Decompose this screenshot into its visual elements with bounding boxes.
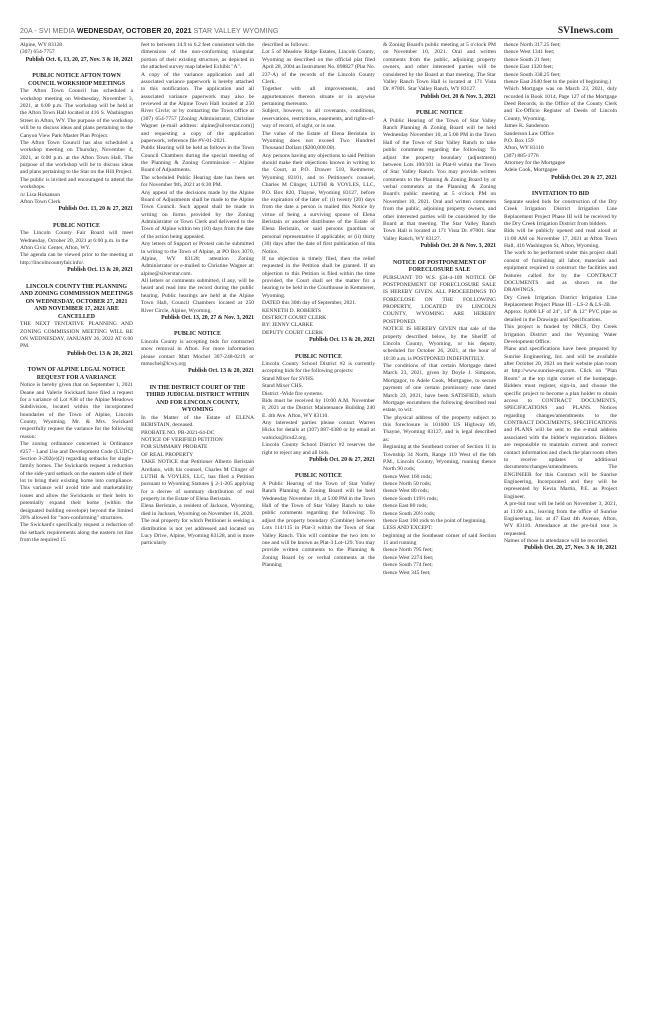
notice-line: James K. Sanderson <box>504 123 617 130</box>
notice-heading: NOTICE OF POSTPONEMENT OF FORECLOSURE SA… <box>383 260 496 275</box>
notice-heading: PUBLIC NOTICE <box>262 473 375 481</box>
notice-line: thence West 80 rods; <box>383 488 496 495</box>
site-name: SVInews.com <box>558 26 613 36</box>
notice-line: Stand Mixer CHS. <box>262 383 375 390</box>
notice-line: DISTRICT COURT CLERK <box>262 315 375 322</box>
notice-line: PROBATE NO. PR-2021-64-DC <box>141 430 254 437</box>
notice-line: thence West 345 feet; <box>383 570 496 577</box>
notice-line: Attorney for the Mortgagee <box>504 160 617 167</box>
notice-line: thence North 50 rods; <box>383 481 496 488</box>
notice-paragraph: Approx. 8,800 LF of 24", 14" & 12" PVC p… <box>504 309 617 324</box>
notice-paragraph: The scheduled Public Hearing date has be… <box>141 175 254 190</box>
notice-line: thence East 80 rods; <box>383 503 496 510</box>
notice-paragraph: A pre-bid tour will be held on November … <box>504 501 617 538</box>
notice-paragraph: The work to be performed under this proj… <box>504 250 617 294</box>
column-2: feet to between 14.9 to 6.2 feet consist… <box>141 42 254 1022</box>
notice-line: LESS AND EXCEPT: <box>383 525 496 532</box>
notice-line: Afton, WY 83110 <box>504 145 617 152</box>
notice-paragraph: feet to between 14.9 to 6.2 feet consist… <box>141 42 254 72</box>
publish-dates: Publish Oct. 13, 20 & 27, 2021 <box>20 206 133 214</box>
notice-paragraph: Lot 5 of Meadow Ridge Estates, Lincoln C… <box>262 49 375 86</box>
notice-paragraph: Separate sealed bids for construction of… <box>504 199 617 229</box>
notice-line: OF REAL PROPERTY <box>141 452 254 459</box>
notice-heading: PUBLIC NOTICE <box>20 223 133 231</box>
column-3: described as follows:Lot 5 of Meadow Rid… <box>262 42 375 1022</box>
notice-line: thence South 338.25 feet; <box>504 72 617 79</box>
publish-dates: Publish Oct. 13 & 20, 2021 <box>262 337 375 345</box>
notice-line: BY: JENNY CLARKE <box>262 322 375 329</box>
notice-paragraph: A Public Hearing of the Town of Star Val… <box>383 118 496 243</box>
notice-paragraph: The public is invited and encouraged to … <box>20 177 133 192</box>
publish-dates: Publish Oct. 13 & 20, 2021 <box>20 267 133 275</box>
notice-line: thence South 20½ rods; <box>383 511 496 518</box>
notice-paragraph: Lincoln County School District #2 reserv… <box>262 442 375 457</box>
notice-paragraph: PURSUANT TO W.S. §34-4-109 NOTICE OF POS… <box>383 275 496 327</box>
notice-line: DEPUTY COURT CLERK <box>262 330 375 337</box>
publish-dates: Publish Oct. 13 & 20, 2021 <box>141 368 254 376</box>
notice-line: thence South 119½ rods; <box>383 496 496 503</box>
notice-paragraph: Names of those in attendance will be rec… <box>504 538 617 545</box>
notice-paragraph: The conditions of that certain Mortgage … <box>383 363 496 415</box>
notice-heading: PUBLIC NOTICE AFTON TOWN COUNCIL WORKSHO… <box>20 73 133 88</box>
notice-line: thence North 795 feet; <box>383 547 496 554</box>
notice-paragraph: This project is funded by NRCS, Dry Cree… <box>504 324 617 346</box>
notice-paragraph: In the Matter of the Estate of ELENA BER… <box>141 415 254 430</box>
publish-dates: Publish Oct. 20 & Nov. 3, 2021 <box>383 94 496 102</box>
notice-paragraph: Any persons having any objections to sai… <box>262 153 375 256</box>
notice-paragraph: All letters or comments submitted, if an… <box>141 278 254 315</box>
notice-paragraph: The Swickard's specifically request a re… <box>20 522 133 544</box>
notice-paragraph: If no objection is timely filed, then th… <box>262 256 375 300</box>
publish-dates: Publish Oct. 20 & Nov. 3, 2021 <box>383 243 496 251</box>
publish-dates: Publish Oct. 20, 27, Nov. 3 & 10, 2021 <box>504 545 617 553</box>
notice-paragraph: Public Hearing will be held as follows i… <box>141 145 254 175</box>
column-4: & Zoning Board's public meeting at 5 o'c… <box>383 42 496 1022</box>
notice-heading: PUBLIC NOTICE <box>141 331 254 339</box>
notice-paragraph: Lincoln County is accepting bids for con… <box>141 339 254 369</box>
notice-line: Sanderson Law Office <box>504 131 617 138</box>
notice-paragraph: Which Mortgage was on March 23, 2021, du… <box>504 86 617 123</box>
notice-paragraph: Afton Civic Center, Afton, WY. <box>20 245 133 252</box>
column-1: Alpine, WY 83128(307) 654-7757Publish Oc… <box>20 42 133 1022</box>
header-divider <box>20 38 619 39</box>
notice-paragraph: THE NEXT TENTATIVE PLANNING AND ZONING C… <box>20 321 133 351</box>
notice-line: FOR SUMMARY PROBATE <box>141 444 254 451</box>
notice-paragraph: Together with all improvements, and appu… <box>262 86 375 108</box>
notice-line: thence South 774 feet; <box>383 562 496 569</box>
notice-paragraph: The physical address of the property sub… <box>383 415 496 445</box>
notice-paragraph: A Public Hearing of the Town of Star Val… <box>262 481 375 570</box>
notice-paragraph: beginning at the Southeast corner of sai… <box>383 533 496 548</box>
notice-line: NOTICE OF VERIFIED PETITION <box>141 437 254 444</box>
notice-paragraph: The real property for which Petitioner i… <box>141 518 254 548</box>
notice-paragraph: NOTICE IS HEREBY GIVEN that sale of the … <box>383 326 496 363</box>
notice-paragraph: thence East 160 rods to the point of beg… <box>383 518 496 525</box>
publish-dates: Publish Oct. 13 & 20, 2021 <box>20 351 133 359</box>
notice-paragraph: Bids must be received by 10:00 A.M. Nove… <box>262 398 375 420</box>
notice-paragraph: Bids will be publicly opened and read al… <box>504 228 617 250</box>
publish-dates: Publish Oct. 13, 20, 27 & Nov. 3, 2021 <box>141 315 254 323</box>
notice-line: thence West 160 rods; <box>383 474 496 481</box>
notice-paragraph: The agenda can be viewed prior to the me… <box>20 252 133 267</box>
notice-paragraph: The Afton Town Council has also schedule… <box>20 140 133 177</box>
folio: 20A - SVI MEDIA WEDNESDAY, OCTOBER 20, 2… <box>20 28 278 35</box>
notice-line: (307) 885-1776 <box>504 153 617 160</box>
notice-line: Stand Mixer for SVHS. <box>262 376 375 383</box>
notice-paragraph: Notice is hereby given that on September… <box>20 382 133 441</box>
notice-paragraph: Elena Beristain, a resident of Jackson, … <box>141 503 254 518</box>
notice-line: Adele Cook, Mortgagee <box>504 167 617 174</box>
notice-paragraph: The value of the Estate of Elena Berista… <box>262 131 375 153</box>
notice-paragraph: Lincoln County School District #2 is cur… <box>262 361 375 376</box>
notice-line: /s/ Lisa Hokanson <box>20 192 133 199</box>
notice-line: thence East 1320 feet; <box>504 64 617 71</box>
notice-heading: TOWN OF ALPINE LEGAL NOTICE REQUEST FOR … <box>20 367 133 382</box>
folio-page: 20A - SVI MEDIA <box>20 28 75 35</box>
notice-paragraph: The Afton Town Council has scheduled a w… <box>20 88 133 140</box>
notice-paragraph: Plans and specifications have been prepa… <box>504 346 617 501</box>
folio-region: STAR VALLEY WYOMING <box>194 28 279 35</box>
column-5: thence North 317.25 feet;thence West 134… <box>504 42 617 1022</box>
publish-dates: Publish Oct. 6, 13, 20, 27, Nov. 3 & 10,… <box>20 57 133 65</box>
notice-line: (307) 654-7757 <box>20 49 133 56</box>
notice-paragraph: Any interested parties please contact Wa… <box>262 420 375 442</box>
notice-line: KENNETH D. ROBERTS <box>262 308 375 315</box>
notice-paragraph: Subject, however, to all covenants, cond… <box>262 108 375 130</box>
legal-notices-columns: Alpine, WY 83128(307) 654-7757Publish Oc… <box>20 42 620 1022</box>
publish-dates: Publish Oct. 20 & 27, 2021 <box>504 175 617 183</box>
publish-dates: Publish Oct. 20 & 27, 2021 <box>262 457 375 465</box>
notice-paragraph: Beginning at the Southeast corner of Sec… <box>383 444 496 474</box>
notice-paragraph: Dry Creek Irrigation District Irrigation… <box>504 295 617 310</box>
notice-line: District -Wide fire systems. <box>262 391 375 398</box>
notice-line: thence West 1341 feet; <box>504 49 617 56</box>
page-header: 20A - SVI MEDIA WEDNESDAY, OCTOBER 20, 2… <box>0 0 663 44</box>
notice-heading: PUBLIC NOTICE <box>383 110 496 118</box>
notice-paragraph: Any appeal of the decisions made by the … <box>141 190 254 242</box>
notice-line: Afton Town Clerk <box>20 199 133 206</box>
notice-heading: LINCOLN COUNTY THE PLANNING AND ZONING C… <box>20 284 133 322</box>
notice-paragraph: Any letters of Support or Protest can be… <box>141 241 254 278</box>
notice-paragraph: DATED this 30th day of September, 2021. <box>262 300 375 307</box>
folio-date: WEDNESDAY, OCTOBER 20, 2021 <box>77 28 192 35</box>
notice-paragraph: TAKE NOTICE that Petitioner Alberto Beri… <box>141 459 254 503</box>
notice-heading: PUBLIC NOTICE <box>262 354 375 362</box>
notice-paragraph: & Zoning Board's public meeting at 5 o'c… <box>383 42 496 94</box>
notice-heading: IN THE DISTRICT COURT OF THE THIRD JUDIC… <box>141 385 254 415</box>
notice-paragraph: thence East 2640 feet to the point of be… <box>504 79 617 86</box>
notice-heading: INVITATION TO BID <box>504 191 617 199</box>
notice-paragraph: The zoning ordinance concerned is Ordina… <box>20 441 133 522</box>
notice-paragraph: The Lincoln County Fair Board will meet … <box>20 230 133 245</box>
notice-paragraph: A copy of the variance application and a… <box>141 72 254 146</box>
